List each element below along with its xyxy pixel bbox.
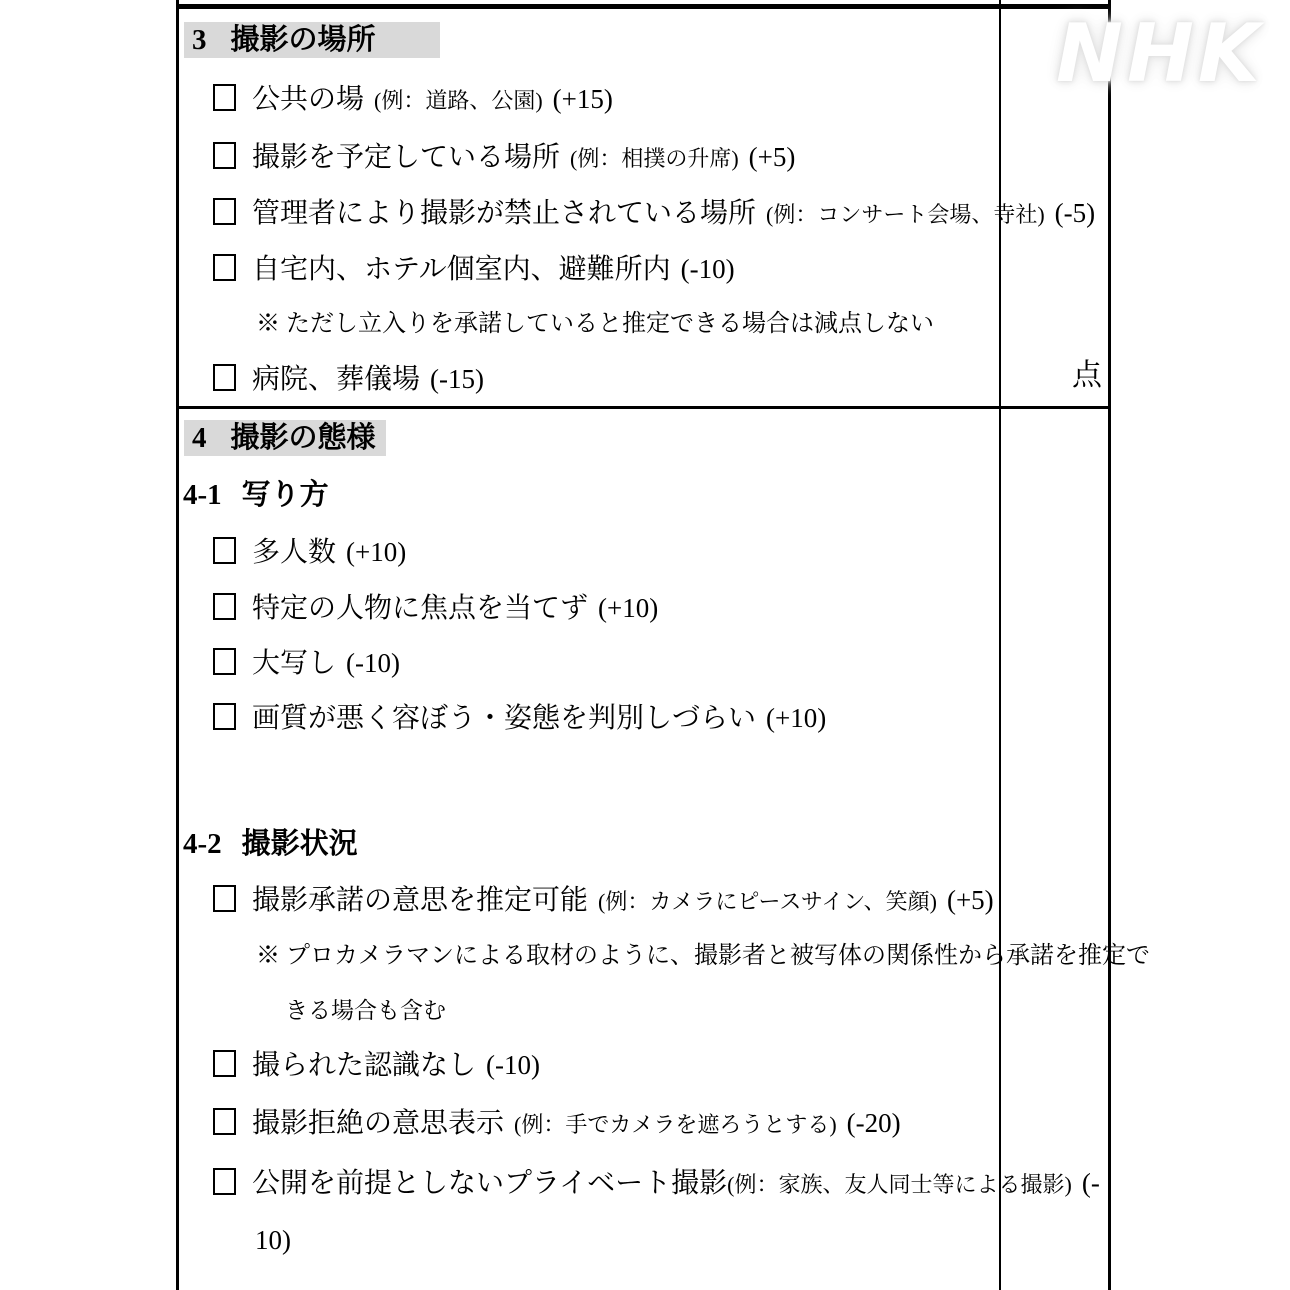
item-score: (+5) <box>947 885 994 915</box>
subsection-4-2-number: 4-2 <box>183 828 222 860</box>
item-score: (-10) <box>681 254 735 284</box>
checkbox[interactable] <box>213 648 236 675</box>
item-text: 大写し <box>252 648 336 679</box>
table-border-right <box>1108 0 1111 1290</box>
item-text: 自宅内、ホテル個室内、避難所内 <box>252 254 671 285</box>
checklist-item: 公開を前提としないプライベート撮影(例：家族、友人同士等による撮影)(- <box>176 1168 1000 1198</box>
item-text: 多人数 <box>252 537 336 568</box>
item-score-continuation: 10) <box>176 1225 1000 1255</box>
item-score: (- <box>1082 1168 1100 1198</box>
checklist-item: 公共の場(例：道路、公園)(+15) <box>176 84 1000 114</box>
checkbox[interactable] <box>213 142 236 169</box>
section-3-number: 3 <box>192 24 207 56</box>
checkbox[interactable] <box>213 364 236 391</box>
checkbox[interactable] <box>213 593 236 620</box>
checkbox[interactable] <box>213 198 236 225</box>
subsection-4-1-number: 4-1 <box>183 479 222 511</box>
item-score: (-10) <box>486 1050 540 1080</box>
item-text: 特定の人物に焦点を当てず <box>252 593 588 624</box>
item-score: (-5) <box>1055 198 1095 228</box>
section-4-number: 4 <box>192 422 207 454</box>
checklist-item: 管理者により撮影が禁止されている場所(例：コンサート会場、寺社)(-5) <box>176 198 1000 228</box>
item-score: (+15) <box>553 84 613 114</box>
checkbox[interactable] <box>213 537 236 564</box>
points-label: 点 <box>1066 359 1102 393</box>
checklist-item: 自宅内、ホテル個室内、避難所内(-10) <box>176 254 1000 284</box>
item-score: (+10) <box>766 703 826 733</box>
checklist-content: 3撮影の場所 公共の場(例：道路、公園)(+15) 撮影を予定している場所(例：… <box>176 0 1000 1255</box>
checklist-item: 病院、葬儀場(-15) <box>176 364 1000 394</box>
checkbox[interactable] <box>213 84 236 111</box>
item-note: ※ ただし立入りを承諾していると推定できる場合は減点しない <box>176 310 1000 338</box>
subsection-4-1-header: 4-1写り方 <box>176 479 1000 511</box>
nhk-watermark-logo: NHK <box>1056 4 1264 104</box>
subsection-4-2-header: 4-2撮影状況 <box>176 828 1000 860</box>
checkbox[interactable] <box>213 885 236 912</box>
subsection-4-2-title: 撮影状況 <box>242 828 358 860</box>
checklist-item: 撮影承諾の意思を推定可能(例：カメラにピースサイン、笑顔)(+5) <box>176 885 1000 915</box>
checkbox[interactable] <box>213 1168 236 1195</box>
item-text: 撮影を予定している場所 <box>252 142 560 173</box>
checklist-item: 撮られた認識なし(-10) <box>176 1050 1000 1080</box>
section-3-highlight: 3撮影の場所 <box>184 22 440 58</box>
scoring-sheet-page: NHK 点 3撮影の場所 公共の場(例：道路、公園)(+15) 撮影を予定してい… <box>0 0 1290 1290</box>
checklist-item: 撮影を予定している場所(例：相撲の升席)(+5) <box>176 142 1000 172</box>
checklist-item: 画質が悪く容ぼう・姿態を判別しづらい(+10) <box>176 703 1000 733</box>
checklist-item: 特定の人物に焦点を当てず(+10) <box>176 593 1000 623</box>
item-example: (例：カメラにピースサイン、笑顔) <box>598 889 937 914</box>
section-3-title: 撮影の場所 <box>231 24 376 56</box>
subsection-4-1-title: 写り方 <box>242 479 329 511</box>
item-text: 管理者により撮影が禁止されている場所 <box>252 198 756 229</box>
item-text: 公開を前提としないプライベート撮影 <box>252 1168 727 1199</box>
item-example: (例：手でカメラを遮ろうとする) <box>514 1112 837 1137</box>
item-note-continuation: きる場合も含む <box>176 997 1000 1025</box>
checklist-item: 撮影拒絶の意思表示(例：手でカメラを遮ろうとする)(-20) <box>176 1108 1000 1138</box>
checkbox[interactable] <box>213 1050 236 1077</box>
item-score: (-20) <box>847 1108 901 1138</box>
item-example: (例：相撲の升席) <box>570 146 739 171</box>
checkbox[interactable] <box>213 254 236 281</box>
item-score: (+10) <box>346 537 406 567</box>
item-score: (-10) <box>346 648 400 678</box>
checkbox[interactable] <box>213 1108 236 1135</box>
item-example: (例：コンサート会場、寺社) <box>766 202 1045 227</box>
item-example: (例：家族、友人同士等による撮影) <box>727 1172 1072 1197</box>
item-example: (例：道路、公園) <box>374 88 543 113</box>
item-text: 撮影承諾の意思を推定可能 <box>252 885 588 916</box>
checklist-item: 多人数(+10) <box>176 537 1000 567</box>
item-score: (-15) <box>430 364 484 394</box>
checklist-item: 大写し(-10) <box>176 648 1000 678</box>
item-note: ※ プロカメラマンによる取材のように、撮影者と被写体の関係性から承諾を推定で <box>176 942 1000 970</box>
item-text: 公共の場 <box>252 84 364 115</box>
section-3-header: 3撮影の場所 <box>184 22 1000 58</box>
item-score: (+10) <box>598 593 658 623</box>
item-text: 病院、葬儀場 <box>252 364 420 395</box>
item-score: (+5) <box>749 142 796 172</box>
section-4-title: 撮影の態様 <box>231 422 376 454</box>
item-text: 撮られた認識なし <box>252 1050 476 1081</box>
section-4-highlight: 4撮影の態様 <box>184 420 386 456</box>
item-text: 画質が悪く容ぼう・姿態を判別しづらい <box>252 703 756 734</box>
item-text: 撮影拒絶の意思表示 <box>252 1108 504 1139</box>
checkbox[interactable] <box>213 703 236 730</box>
section-4-header: 4撮影の態様 <box>184 420 1000 456</box>
